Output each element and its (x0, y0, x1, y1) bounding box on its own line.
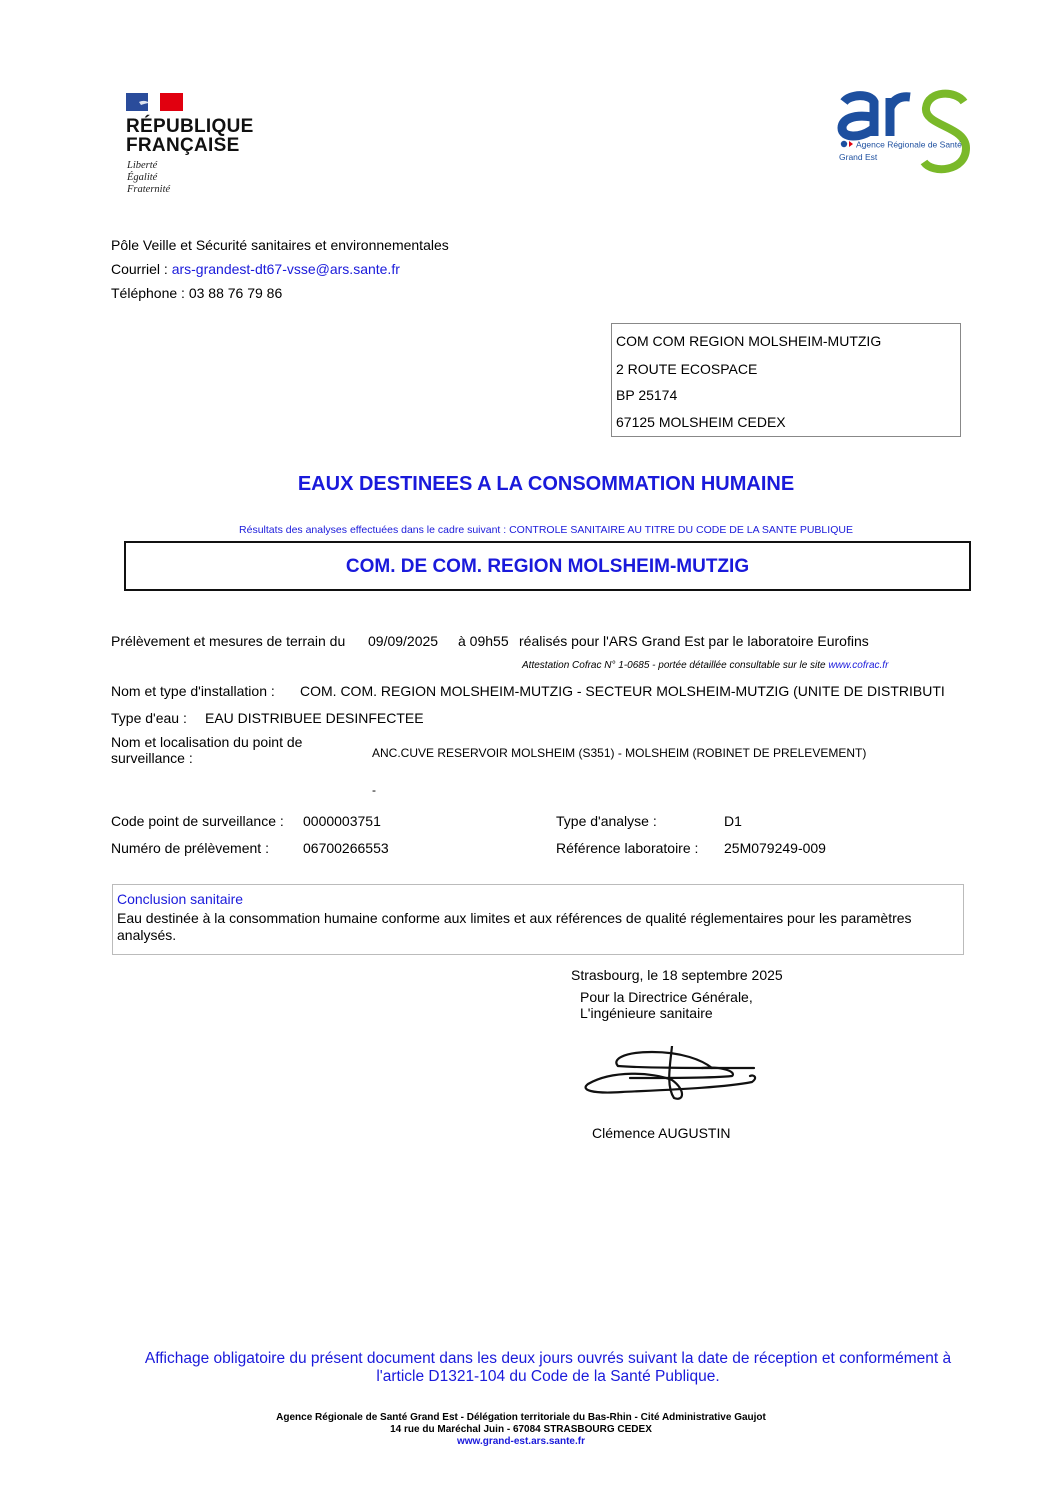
recipient-line: 2 ROUTE ECOSPACE (616, 361, 757, 377)
lab-reference-label: Référence laboratoire : (556, 840, 698, 857)
contact-block: Pôle Veille et Sécurité sanitaires et en… (111, 233, 449, 305)
email-link[interactable]: ars-grandest-dt67-vsse@ars.sante.fr (172, 261, 400, 277)
marianne-flag-icon (126, 93, 183, 111)
mandatory-display-notice: Affichage obligatoire du présent documen… (120, 1350, 976, 1386)
monitoring-point-label: Nom et localisation du point de surveill… (111, 734, 302, 766)
republique-title: RÉPUBLIQUE FRANÇAISE (126, 117, 254, 155)
footer-agency: Agence Régionale de Santé Grand Est - Dé… (0, 1412, 1042, 1424)
signature-icon (582, 1046, 762, 1102)
conclusion-text: Eau destinée à la consommation humaine c… (117, 910, 957, 944)
conclusion-box: Conclusion sanitaire Eau destinée à la c… (112, 884, 964, 955)
cofrac-attestation: Attestation Cofrac N° 1-0685 - portée dé… (522, 660, 888, 671)
place-date: Strasbourg, le 18 septembre 2025 (571, 967, 783, 984)
footer: Agence Régionale de Santé Grand Est - Dé… (0, 1412, 1042, 1448)
department-name: Pôle Veille et Sécurité sanitaires et en… (111, 233, 449, 257)
document-subtitle: Résultats des analyses effectuées dans l… (0, 524, 1058, 536)
document-title: EAUX DESTINEES A LA CONSOMMATION HUMAINE (0, 473, 1058, 496)
lab-reference-value: 25M079249-009 (724, 840, 826, 857)
sampling-label: Prélèvement et mesures de terrain du (111, 633, 345, 650)
commune-title: COM. DE COM. REGION MOLSHEIM-MUTZIG (126, 556, 969, 578)
svg-text:Grand Est: Grand Est (839, 152, 878, 162)
ars-logo-icon: Agence Régionale de Santé Grand Est (836, 88, 976, 178)
monitoring-point-extra: - (372, 783, 376, 797)
svg-text:Agence Régionale de Santé: Agence Régionale de Santé (856, 140, 962, 150)
monitoring-point-value: ANC.CUVE RESERVOIR MOLSHEIM (S351) - MOL… (372, 746, 866, 760)
recipient-line: BP 25174 (616, 387, 677, 403)
recipient-address-box: COM COM REGION MOLSHEIM-MUTZIG 2 ROUTE E… (611, 323, 961, 437)
sampling-time: à 09h55 (458, 633, 509, 650)
sampling-date: 09/09/2025 (368, 633, 438, 650)
republique-motto: Liberté Égalité Fraternité (127, 160, 170, 196)
email-line: Courriel : ars-grandest-dt67-vsse@ars.sa… (111, 257, 449, 281)
footer-website-link[interactable]: www.grand-est.ars.sante.fr (0, 1436, 1042, 1448)
water-type-label: Type d'eau : (111, 710, 187, 727)
installation-value: COM. COM. REGION MOLSHEIM-MUTZIG - SECTE… (300, 683, 953, 700)
phone-line: Téléphone : 03 88 76 79 86 (111, 281, 449, 305)
sampling-performed-by: réalisés pour l'ARS Grand Est par le lab… (519, 633, 869, 650)
code-point-label: Code point de surveillance : (111, 813, 284, 830)
recipient-line: 67125 MOLSHEIM CEDEX (616, 414, 786, 430)
analysis-type-label: Type d'analyse : (556, 813, 657, 830)
ars-logo: Agence Régionale de Santé Grand Est (836, 88, 976, 178)
signatory-name: Clémence AUGUSTIN (592, 1125, 730, 1142)
cofrac-link[interactable]: www.cofrac.fr (828, 660, 888, 671)
recipient-line: COM COM REGION MOLSHEIM-MUTZIG (616, 333, 881, 349)
conclusion-heading: Conclusion sanitaire (117, 891, 243, 907)
sample-number-value: 06700266553 (303, 840, 389, 857)
footer-address: 14 rue du Maréchal Juin - 67084 STRASBOU… (0, 1424, 1042, 1436)
code-point-value: 0000003751 (303, 813, 381, 830)
sample-number-label: Numéro de prélèvement : (111, 840, 269, 857)
signatory-role: Pour la Directrice Générale, L'ingénieur… (580, 989, 753, 1021)
commune-banner: COM. DE COM. REGION MOLSHEIM-MUTZIG (124, 541, 971, 591)
water-type-value: EAU DISTRIBUEE DESINFECTEE (205, 710, 424, 727)
analysis-type-value: D1 (724, 813, 742, 830)
installation-label: Nom et type d'installation : (111, 683, 275, 700)
